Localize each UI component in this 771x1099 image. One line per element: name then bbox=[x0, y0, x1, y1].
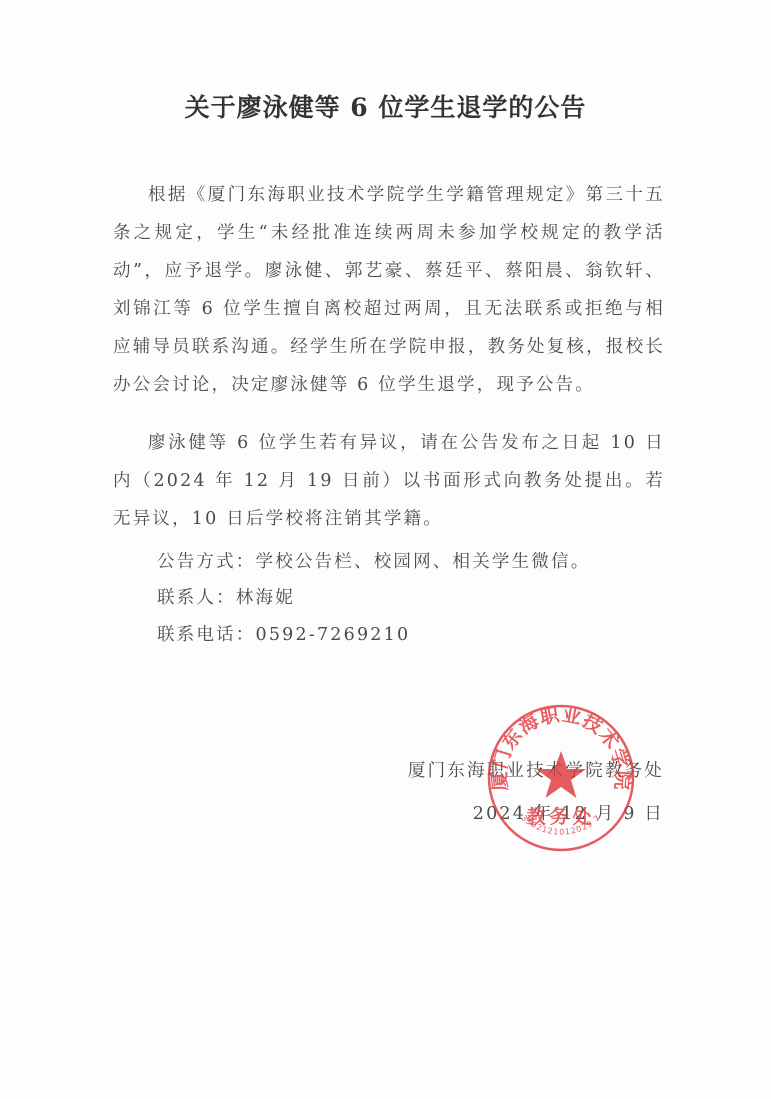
document-page: 关于廖泳健等 6 位学生退学的公告 根据《厦门东海职业技术学院学生学籍管理规定》… bbox=[0, 0, 771, 1099]
paragraph-2-text: 廖泳健等 6 位学生若有异议，请在公告发布之日起 10 日内（2024 年 12… bbox=[113, 424, 665, 538]
contact-phone: 联系电话：0592-7269210 bbox=[157, 621, 410, 646]
paragraph-1: 根据《厦门东海职业技术学院学生学籍管理规定》第三十五条之规定，学生“未经批准连续… bbox=[113, 176, 665, 404]
signature-date: 2024 年 12 月 9 日 bbox=[473, 800, 664, 825]
contact-person: 联系人：林海妮 bbox=[157, 584, 295, 609]
announcement-method: 公告方式：学校公告栏、校园网、相关学生微信。 bbox=[157, 548, 590, 573]
paragraph-2: 廖泳健等 6 位学生若有异议，请在公告发布之日起 10 日内（2024 年 12… bbox=[113, 424, 665, 538]
signature-organization: 厦门东海职业技术学院教务处 bbox=[408, 757, 664, 782]
paragraph-1-text: 根据《厦门东海职业技术学院学生学籍管理规定》第三十五条之规定，学生“未经批准连续… bbox=[113, 176, 665, 404]
document-title: 关于廖泳健等 6 位学生退学的公告 bbox=[0, 88, 771, 124]
